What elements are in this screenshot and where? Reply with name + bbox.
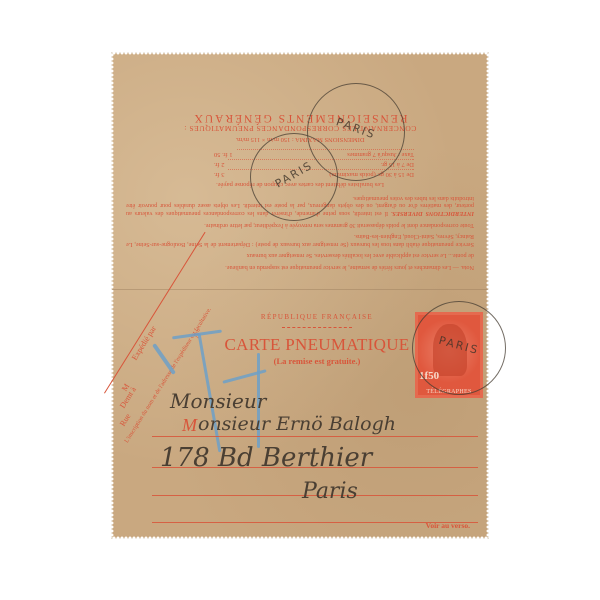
info-subtitle: CONCERNANT LES CORRESPONDANCES PNEUMATIQ… [126, 124, 474, 133]
handwritten-street: 178 Bd Berthier [160, 443, 372, 473]
address-prefix: M [182, 415, 197, 436]
handwritten-salutation: Monsieur [170, 389, 266, 413]
pneumatic-card: Nota. — Les dimanches et jours fériés de… [112, 53, 488, 538]
info-title: RENSEIGNEMENTS GÉNÉRAUX [126, 112, 474, 124]
para-3: Service pneumatique établi dans tous les… [126, 233, 474, 248]
sender-rue-label: Rue [118, 412, 132, 428]
para-2: Toute correspondance dont le poids dépas… [126, 221, 474, 229]
handwritten-city: Paris [302, 479, 358, 504]
blue-crayon-mark [152, 343, 176, 375]
handwritten-name: onsieur Ernö Balogh [198, 413, 396, 435]
address-line [152, 436, 478, 437]
interdictions-heading: INTERDICTIONS DIVERSES. [391, 210, 474, 217]
nota-text: Nota. — Les dimanches et jours fériés de… [126, 263, 474, 271]
para-4: de ponte... Le service est applicable av… [126, 252, 474, 260]
republique-francaise: RÉPUBLIQUE FRANÇAISE [212, 313, 422, 321]
postmark-middle: PARIS [250, 133, 338, 221]
postmark-stamp: PARIS [412, 301, 506, 395]
title-ornament [282, 327, 352, 328]
card-subtitle: (La remise est gratuite.) [212, 356, 422, 366]
card-title: CARTE PNEUMATIQUE [212, 335, 422, 355]
verso-note: Voir au verso. [426, 521, 470, 530]
